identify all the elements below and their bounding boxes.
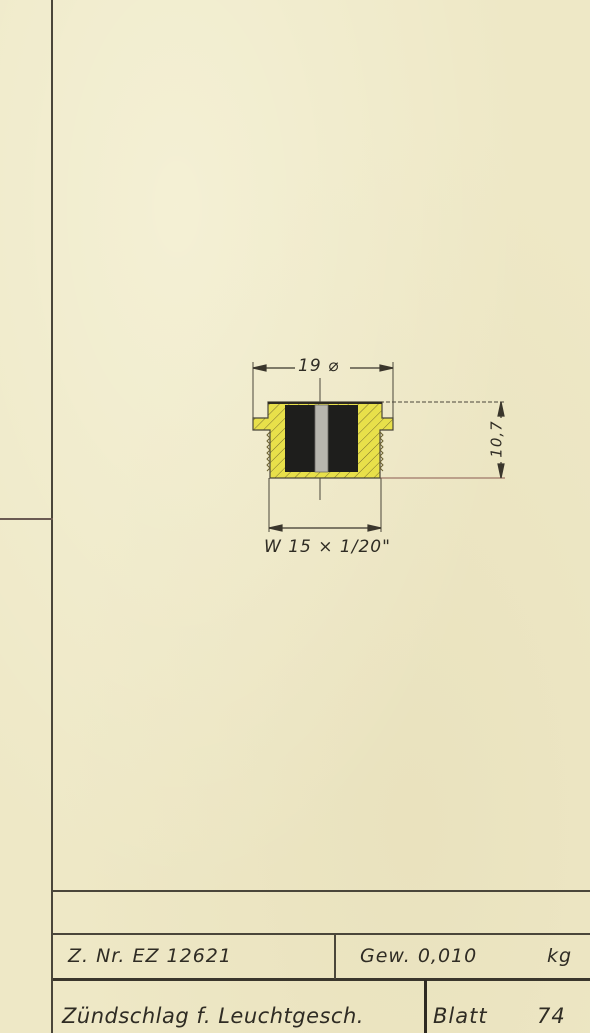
weight-value: Gew. 0,010	[360, 945, 477, 967]
drawing-number: Z. Nr. EZ 12621	[68, 945, 232, 967]
diameter-dimension-label: 19 ⌀	[298, 356, 339, 376]
sheet-number: 74	[537, 1004, 566, 1028]
part-name: Zündschlag f. Leuchtgesch.	[62, 1004, 364, 1028]
thread-spec-label: W 15 × 1/20"	[264, 537, 391, 557]
center-pin	[315, 405, 328, 472]
part-cross-section-drawing	[0, 0, 590, 1033]
filling-left	[285, 405, 315, 472]
sheet-label: Blatt	[433, 1004, 488, 1028]
height-dimension-label: 10,7	[488, 420, 506, 457]
weight-unit: kg	[547, 945, 572, 967]
filling-right	[328, 405, 358, 472]
